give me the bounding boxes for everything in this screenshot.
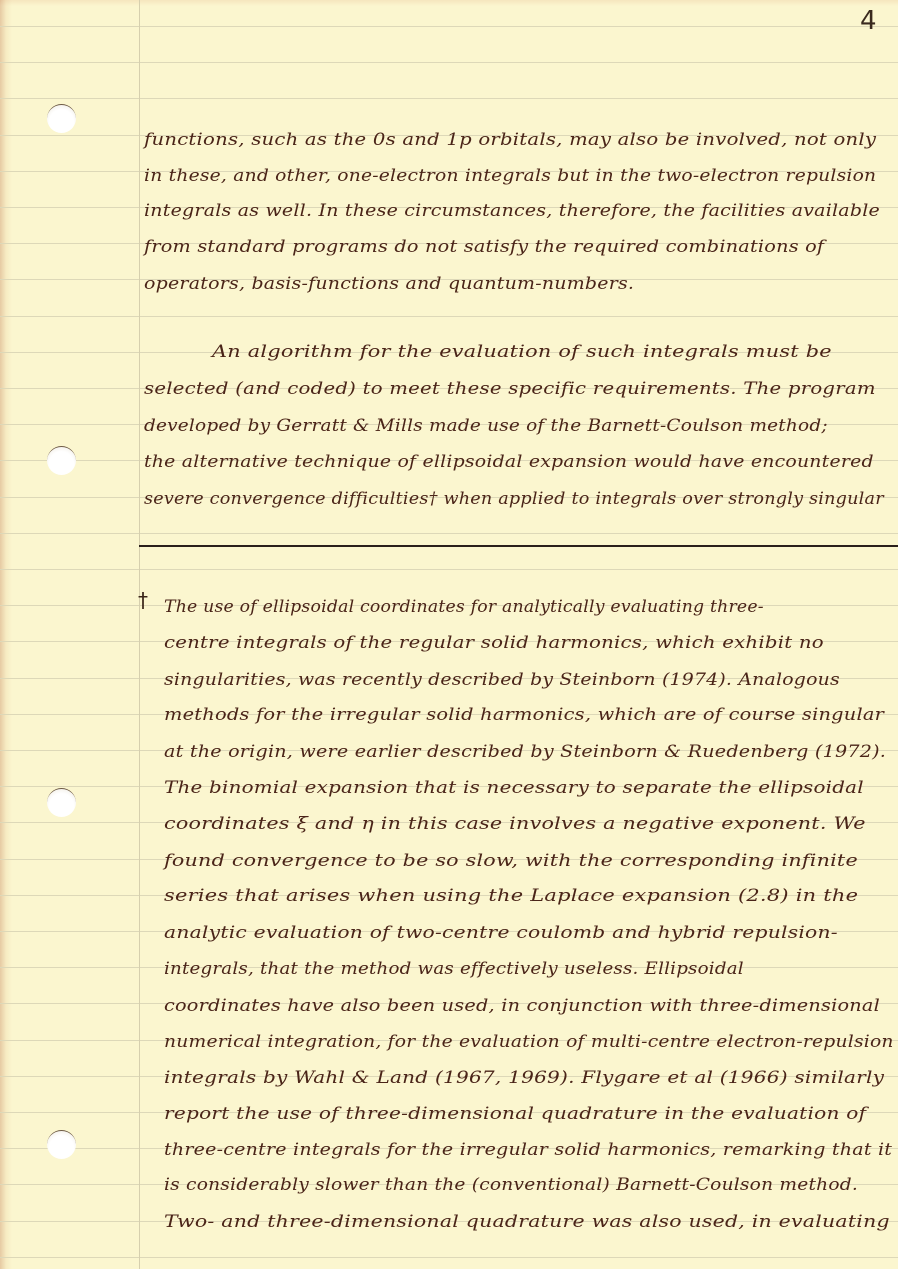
text-line: developed by Gerratt & Mills made use of… xyxy=(144,416,828,435)
text-line: coordinates ξ and η in this case involve… xyxy=(164,814,866,833)
text-line: series that arises when using the Laplac… xyxy=(164,886,858,905)
text-line: is considerably slower than the (convent… xyxy=(164,1175,858,1194)
footnote-divider xyxy=(139,545,898,547)
text-line: analytic evaluation of two-centre coulom… xyxy=(164,923,838,942)
text-line: three-centre integrals for the irregular… xyxy=(164,1140,892,1159)
text-line: singularities, was recently described by… xyxy=(164,670,840,689)
text-line: Two- and three-dimensional quadrature wa… xyxy=(164,1212,890,1231)
punch-hole xyxy=(47,104,76,133)
text-line: integrals as well. In these circumstance… xyxy=(144,201,880,220)
text-line: the alternative technique of ellipsoidal… xyxy=(144,452,874,471)
text-line: integrals, that the method was effective… xyxy=(164,959,744,978)
text-line: centre integrals of the regular solid ha… xyxy=(164,633,824,652)
page-number: 4 xyxy=(860,6,877,36)
punch-hole xyxy=(47,1130,76,1159)
text-line: The binomial expansion that is necessary… xyxy=(164,778,864,797)
text-line: found convergence to be so slow, with th… xyxy=(164,851,858,870)
text-line: report the use of three-dimensional quad… xyxy=(164,1104,866,1123)
text-line: at the origin, were earlier described by… xyxy=(164,742,886,761)
footnote-marker: † xyxy=(138,588,148,612)
text-line: The use of ellipsoidal coordinates for a… xyxy=(164,597,764,616)
text-line: severe convergence difficulties† when ap… xyxy=(144,489,884,508)
text-line: operators, basis-functions and quantum-n… xyxy=(144,274,634,293)
text-line: in these, and other, one-electron integr… xyxy=(144,166,876,185)
punch-hole xyxy=(47,446,76,475)
text-line: An algorithm for the evaluation of such … xyxy=(212,342,832,361)
punch-hole xyxy=(47,788,76,817)
margin-line xyxy=(139,0,140,1269)
text-line: numerical integration, for the evaluatio… xyxy=(164,1032,894,1051)
text-line: coordinates have also been used, in conj… xyxy=(164,996,880,1015)
text-line: functions, such as the 0s and 1p orbital… xyxy=(144,130,876,149)
text-line: methods for the irregular solid harmonic… xyxy=(164,705,884,724)
notebook-page: 4 functions, such as the 0s and 1p orbit… xyxy=(0,0,898,1269)
text-line: selected (and coded) to meet these speci… xyxy=(144,379,876,398)
text-line: from standard programs do not satisfy th… xyxy=(144,237,824,256)
text-line: integrals by Wahl & Land (1967, 1969). F… xyxy=(164,1068,884,1087)
